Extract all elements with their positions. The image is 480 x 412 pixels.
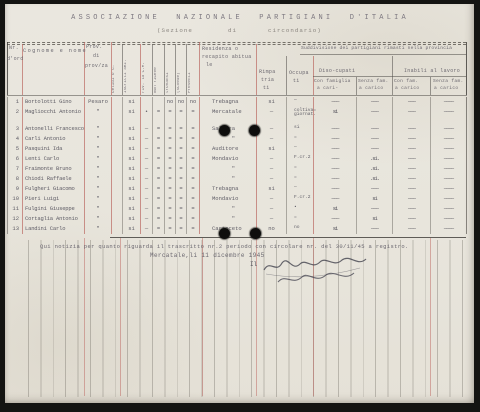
cell-mark7: no	[187, 97, 200, 107]
cell-inabili-con-famiglia: ———	[393, 184, 431, 194]
col-header-rimp2: tria	[261, 77, 274, 83]
cell-residence: "	[200, 204, 257, 214]
cell-occupati: =	[287, 174, 314, 184]
cell-number: 9	[8, 184, 23, 194]
cell-mark2: si	[123, 194, 141, 204]
cell-mark1	[112, 134, 123, 144]
document-title: ASSOCIAZIONE NAZIONALE PARTIGIANI D'ITAL…	[0, 14, 480, 22]
cell-residence: Auditore	[200, 144, 257, 154]
cell-name: Pieri Luigi	[23, 194, 85, 204]
cell-name: Fraimonte Bruno	[23, 164, 85, 174]
cell-inabili-con-famiglia: ———	[393, 107, 431, 124]
cell-mark7: =	[187, 134, 200, 144]
cell-province: "	[85, 204, 112, 214]
cell-mark7: =	[187, 107, 200, 124]
cell-name: Fulgini Giuseppe	[23, 204, 85, 214]
cell-inabili-senza-famiglia: ————	[431, 144, 467, 154]
cell-mark6: =	[176, 194, 187, 204]
cell-mark4: =	[153, 224, 165, 234]
col-header-v5: trovansi	[166, 45, 175, 93]
cell-inabili-con-famiglia: ———	[393, 124, 431, 134]
cell-inabili-con-famiglia: ———	[393, 97, 431, 107]
col-header-dcon2: a cari-	[317, 86, 338, 91]
cell-inabili-con-famiglia: ———	[393, 154, 431, 164]
cell-mark3: —	[141, 204, 153, 214]
cell-rimpatriati: —	[257, 204, 287, 214]
cell-rimpatriati: —	[257, 214, 287, 224]
cell-mark5: =	[165, 174, 176, 184]
cell-number: 8	[8, 174, 23, 184]
cell-rimpatriati: si	[257, 184, 287, 194]
cell-mark5: =	[165, 144, 176, 154]
col-header-v3: riv. la C.M.	[142, 45, 152, 93]
cell-rimpatriati: —	[257, 174, 287, 184]
cell-occupati: •	[287, 204, 314, 214]
col-header-dsen1: Senza fam.	[358, 79, 389, 84]
table-row: 7 Fraimonte Bruno " si — = = = = " — = —…	[8, 164, 468, 174]
cell-name: Magliocchi Antonio	[23, 107, 85, 124]
cell-mark4: =	[153, 204, 165, 214]
cell-occupati: =	[287, 214, 314, 224]
cell-mark5: =	[165, 164, 176, 174]
cell-residence: Trebagna	[200, 97, 257, 107]
cell-province: "	[85, 134, 112, 144]
col-header-nr: Nr.	[9, 45, 19, 51]
cell-mark2: si	[123, 164, 141, 174]
cell-inabili-senza-famiglia: ————	[431, 97, 467, 107]
col-header-v1: celibi o c.	[112, 45, 122, 93]
cell-name: Antonelli Francesco	[23, 124, 85, 134]
cell-mark5: =	[165, 214, 176, 224]
cell-mark6: =	[176, 134, 187, 144]
cell-number: 13	[8, 224, 23, 234]
subtitle-circondario: circondario)	[268, 27, 322, 34]
cell-mark7: =	[187, 184, 200, 194]
cell-residence: Mondavio	[200, 194, 257, 204]
col-header-name: Cognome e nome	[23, 48, 83, 54]
table-row: 3 Antonelli Francesco " si — = = = = Sal…	[8, 124, 468, 134]
cell-province: "	[85, 107, 112, 124]
punch-hole	[219, 228, 230, 239]
cell-disoccupati-senza-famiglia: si	[357, 214, 393, 224]
cell-disoccupati-senza-famiglia: .si.	[357, 154, 393, 164]
col-header-isen2: a carico	[434, 86, 458, 91]
cell-mark4: =	[153, 107, 165, 124]
cell-mark2: si	[123, 154, 141, 164]
col-header-nr2: d'ord	[7, 56, 24, 62]
cell-occupati: no	[287, 224, 314, 234]
cell-inabili-senza-famiglia: ————	[431, 174, 467, 184]
cell-inabili-senza-famiglia: ————	[431, 164, 467, 174]
cell-disoccupati-con-famiglia: ———	[314, 97, 357, 107]
cell-rimpatriati: —	[257, 194, 287, 204]
cell-mark5: =	[165, 224, 176, 234]
col-header-v4: Non riceve	[154, 45, 164, 93]
cell-mark1	[112, 184, 123, 194]
cell-rimpatriati: si	[257, 144, 287, 154]
cell-inabili-senza-famiglia: ————	[431, 214, 467, 224]
col-header-dis: Diso-cupati	[319, 68, 355, 74]
cell-disoccupati-senza-famiglia: ———	[357, 134, 393, 144]
cell-inabili-con-famiglia: ———	[393, 214, 431, 224]
col-header-v6: (schede)	[177, 45, 186, 93]
cell-mark6: no	[176, 97, 187, 107]
cell-mark7: =	[187, 124, 200, 134]
cell-residence: "	[200, 174, 257, 184]
cell-number: 6	[8, 154, 23, 164]
cell-mark4: =	[153, 134, 165, 144]
cell-mark4: =	[153, 154, 165, 164]
cell-province: "	[85, 144, 112, 154]
cell-disoccupati-con-famiglia: si	[314, 107, 357, 124]
cell-inabili-senza-famiglia: ————	[431, 224, 467, 234]
cell-inabili-con-famiglia: ———	[393, 174, 431, 184]
cell-mark5: =	[165, 134, 176, 144]
cell-mark2: si	[123, 107, 141, 124]
cell-mark6: =	[176, 214, 187, 224]
col-header-provza: prov/za	[85, 63, 108, 69]
cell-mark3: —	[141, 124, 153, 134]
cell-mark3: —	[141, 194, 153, 204]
cell-mark3: —	[141, 174, 153, 184]
cell-mark6: =	[176, 174, 187, 184]
cell-mark4: =	[153, 174, 165, 184]
cell-mark6: =	[176, 124, 187, 134]
cell-mark6: =	[176, 224, 187, 234]
table-row: 8 Chiodi Raffaele " si — = = = = " — = —…	[8, 174, 468, 184]
subtitle-sezione: (Sezione	[157, 27, 193, 34]
cell-mark7: =	[187, 224, 200, 234]
cell-number: 5	[8, 144, 23, 154]
cell-mark1	[112, 97, 123, 107]
cell-disoccupati-senza-famiglia: .si.	[357, 164, 393, 174]
cell-mark3	[141, 97, 153, 107]
cell-mark1	[112, 204, 123, 214]
cell-disoccupati-con-famiglia: ———	[314, 214, 357, 224]
col-header-prov-di: di	[93, 53, 100, 59]
cell-mark2: si	[123, 214, 141, 224]
cell-mark4	[153, 97, 165, 107]
table-row: 2 Magliocchi Antonio " si • = = = = Merc…	[8, 107, 468, 124]
cell-inabili-senza-famiglia: ————	[431, 124, 467, 134]
cell-inabili-con-famiglia: ———	[393, 204, 431, 214]
blank-ruled-area	[28, 240, 466, 397]
footer-dateline: Mercatale,li 11 dicembre 1945	[150, 252, 265, 259]
cell-province: Pesaro	[85, 97, 112, 107]
cell-mark5: =	[165, 184, 176, 194]
cell-mark1	[112, 194, 123, 204]
cell-number: 10	[8, 194, 23, 204]
cell-mark6: =	[176, 204, 187, 214]
cell-rimpatriati: —	[257, 107, 287, 124]
cell-occupati: F.cr.2	[287, 154, 314, 164]
cell-occupati: =	[287, 164, 314, 174]
cell-rimpatriati: si	[257, 97, 287, 107]
cell-mark1	[112, 154, 123, 164]
cell-inabili-senza-famiglia: ————	[431, 154, 467, 164]
cell-mark2: si	[123, 97, 141, 107]
cell-mark3: —	[141, 224, 153, 234]
cell-mark2: si	[123, 174, 141, 184]
cell-mark2: si	[123, 184, 141, 194]
cell-inabili-senza-famiglia: ————	[431, 194, 467, 204]
col-header-res1: Residenza o	[202, 46, 238, 52]
table-row: 4 Carli Antonio " si — = = = = " — = ———…	[8, 134, 468, 144]
table-row: 9 Fulgheri Giacomo " si — = = = = Trebag…	[8, 184, 468, 194]
col-header-isen1: Senza fam.	[433, 79, 464, 84]
cell-disoccupati-con-famiglia: si	[314, 224, 357, 234]
cell-province: "	[85, 174, 112, 184]
cell-occupati: si	[287, 124, 314, 134]
cell-name: Cortaglia Antonio	[23, 214, 85, 224]
col-header-icon2: a carico	[395, 86, 419, 91]
cell-residence: "	[200, 164, 257, 174]
cell-disoccupati-con-famiglia: ———	[314, 194, 357, 204]
cell-mark7: =	[187, 144, 200, 154]
cell-mark2: si	[123, 124, 141, 134]
table-row: 12 Cortaglia Antonio " si — = = = = " — …	[8, 214, 468, 224]
cell-disoccupati-con-famiglia: ———	[314, 184, 357, 194]
cell-disoccupati-senza-famiglia: si	[357, 194, 393, 204]
cell-disoccupati-senza-famiglia: ———	[357, 97, 393, 107]
handwritten-signature	[260, 252, 370, 292]
cell-mark3: —	[141, 144, 153, 154]
cell-province: "	[85, 154, 112, 164]
cell-name: Fulgheri Giacomo	[23, 184, 85, 194]
cell-province: "	[85, 184, 112, 194]
cell-number: 4	[8, 134, 23, 144]
cell-mark3: —	[141, 214, 153, 224]
cell-inabili-senza-famiglia: ————	[431, 107, 467, 124]
cell-name: Pasquini Ida	[23, 144, 85, 154]
punch-hole	[219, 125, 230, 136]
cell-mark3: —	[141, 154, 153, 164]
cell-mark1	[112, 224, 123, 234]
footer-note: Qui notizia per quanto riguarda il trasc…	[40, 243, 409, 250]
cell-number: 11	[8, 204, 23, 214]
cell-mark5: =	[165, 107, 176, 124]
cell-rimpatriati: no	[257, 224, 287, 234]
cell-residence: "	[200, 134, 257, 144]
cell-residence: Mondavio	[200, 154, 257, 164]
document-stage: ASSOCIAZIONE NAZIONALE PARTIGIANI D'ITAL…	[0, 0, 480, 412]
cell-disoccupati-con-famiglia: ———	[314, 134, 357, 144]
cell-mark7: =	[187, 194, 200, 204]
cell-number: 2	[8, 107, 23, 124]
cell-rimpatriati: —	[257, 154, 287, 164]
cell-disoccupati-senza-famiglia: ———	[357, 107, 393, 124]
cell-mark1	[112, 214, 123, 224]
cell-mark2: si	[123, 224, 141, 234]
cell-mark6: =	[176, 184, 187, 194]
cell-inabili-senza-famiglia: ————	[431, 184, 467, 194]
cell-rimpatriati: —	[257, 164, 287, 174]
col-header-v7: Presenti	[188, 45, 199, 93]
cell-occupati: —	[287, 184, 314, 194]
cell-mark1	[112, 164, 123, 174]
cell-rimpatriati: —	[257, 124, 287, 134]
col-header-rimp1: Rimpa	[259, 69, 276, 75]
col-header-v2: Iscritti Sez.	[124, 45, 139, 93]
col-header-res3: le	[206, 62, 213, 68]
col-header-res2: recapito abitua	[202, 54, 252, 60]
cell-mark5: =	[165, 194, 176, 204]
cell-mark3: —	[141, 164, 153, 174]
col-header-ina: Inabili al lavoro	[404, 68, 460, 74]
cell-mark7: =	[187, 154, 200, 164]
cell-mark6: =	[176, 164, 187, 174]
table-body: 1 Bortolotti Gino Pesaro si no no no Tre…	[7, 97, 468, 234]
cell-mark5: =	[165, 154, 176, 164]
cell-number: 7	[8, 164, 23, 174]
cell-disoccupati-con-famiglia: ———	[314, 144, 357, 154]
cell-occupati: —	[287, 144, 314, 154]
cell-mark6: =	[176, 154, 187, 164]
cell-number: 12	[8, 214, 23, 224]
subtitle-di: di	[228, 27, 237, 34]
cell-inabili-senza-famiglia: ————	[431, 134, 467, 144]
cell-residence: Mercatale	[200, 107, 257, 124]
cell-disoccupati-senza-famiglia: ———	[357, 144, 393, 154]
cell-mark1	[112, 144, 123, 154]
cell-inabili-con-famiglia: ———	[393, 134, 431, 144]
cell-mark4: =	[153, 194, 165, 204]
cell-mark7: =	[187, 174, 200, 184]
cell-mark4: =	[153, 214, 165, 224]
col-header-span: Suddivisione dei partigiani rimasti nell…	[301, 46, 452, 51]
cell-mark1	[112, 107, 123, 124]
cell-name: Landini Carlo	[23, 224, 85, 234]
cell-mark3: •	[141, 107, 153, 124]
cell-mark7: =	[187, 204, 200, 214]
cell-province: "	[85, 214, 112, 224]
cell-mark2: si	[123, 134, 141, 144]
table-row: 5 Pasquini Ida " si — = = = = Auditore s…	[8, 144, 468, 154]
cell-mark6: =	[176, 107, 187, 124]
col-header-dsen2: a carico	[359, 86, 383, 91]
cell-disoccupati-senza-famiglia: ———	[357, 184, 393, 194]
cell-mark4: =	[153, 184, 165, 194]
table-row: 13 Landini Carlo " si — = = = = Cartocet…	[8, 224, 468, 234]
cell-number: 1	[8, 97, 23, 107]
cell-occupati: F.cr.2	[287, 194, 314, 204]
cell-mark3: —	[141, 184, 153, 194]
cell-disoccupati-senza-famiglia: ———	[357, 124, 393, 134]
cell-name: Bortolotti Gino	[23, 97, 85, 107]
cell-inabili-con-famiglia: ———	[393, 164, 431, 174]
cell-name: Chiodi Raffaele	[23, 174, 85, 184]
cell-occupati: —	[287, 97, 314, 107]
cell-mark4: =	[153, 124, 165, 134]
cell-inabili-con-famiglia: ———	[393, 224, 431, 234]
col-header-dcon1: Con famiglia	[314, 79, 351, 84]
cell-rimpatriati: —	[257, 134, 287, 144]
table-row: 11 Fulgini Giuseppe " si — = = = = " — •…	[8, 204, 468, 214]
table-row: 6 Lenti Carlo " si — = = = = Mondavio — …	[8, 154, 468, 164]
col-header-occ1: Occupa	[289, 70, 309, 76]
scanned-document-page: { "colors": {"accent_red": "#b96f6b", "i…	[0, 0, 480, 412]
table-row: 1 Bortolotti Gino Pesaro si no no no Tre…	[8, 97, 468, 107]
cell-disoccupati-senza-famiglia: ———	[357, 204, 393, 214]
cell-occupati: =	[287, 134, 314, 144]
cell-mark5: =	[165, 204, 176, 214]
cell-name: Lenti Carlo	[23, 154, 85, 164]
cell-mark4: =	[153, 164, 165, 174]
cell-number: 3	[8, 124, 23, 134]
cell-mark5: no	[165, 97, 176, 107]
grid-line	[110, 237, 466, 238]
cell-disoccupati-con-famiglia: si	[314, 204, 357, 214]
signature-prefix: Il	[250, 261, 257, 268]
cell-mark2: si	[123, 204, 141, 214]
cell-name: Carli Antonio	[23, 134, 85, 144]
cell-residence: Trebagna	[200, 184, 257, 194]
cell-mark6: =	[176, 144, 187, 154]
cell-inabili-senza-famiglia: ————	[431, 204, 467, 214]
cell-disoccupati-senza-famiglia: ———	[357, 224, 393, 234]
cell-province: "	[85, 164, 112, 174]
cell-mark3: —	[141, 134, 153, 144]
cell-mark1	[112, 174, 123, 184]
cell-disoccupati-con-famiglia: ———	[314, 154, 357, 164]
cell-province: "	[85, 224, 112, 234]
cell-disoccupati-con-famiglia: ———	[314, 164, 357, 174]
col-header-occ2: ti	[293, 78, 300, 84]
cell-disoccupati-senza-famiglia: .si.	[357, 174, 393, 184]
cell-province: "	[85, 124, 112, 134]
cell-residence: "	[200, 214, 257, 224]
punch-hole	[250, 228, 261, 239]
cell-inabili-con-famiglia: ———	[393, 144, 431, 154]
cell-province: "	[85, 194, 112, 204]
cell-mark2: si	[123, 144, 141, 154]
col-header-prov: Prov.	[86, 44, 103, 50]
cell-disoccupati-con-famiglia: ———	[314, 174, 357, 184]
cell-mark5: =	[165, 124, 176, 134]
cell-mark7: =	[187, 164, 200, 174]
cell-mark4: =	[153, 144, 165, 154]
punch-hole	[249, 125, 260, 136]
cell-mark7: =	[187, 214, 200, 224]
cell-disoccupati-con-famiglia: ———	[314, 124, 357, 134]
cell-inabili-con-famiglia: ———	[393, 194, 431, 204]
col-header-icon1: Con fam.	[394, 79, 418, 84]
col-header-rimp3: ti	[263, 85, 270, 91]
cell-occupati: coltiva= giornat.	[287, 107, 314, 124]
cell-mark1	[112, 124, 123, 134]
table-row: 10 Pieri Luigi " si — = = = = Mondavio —…	[8, 194, 468, 204]
